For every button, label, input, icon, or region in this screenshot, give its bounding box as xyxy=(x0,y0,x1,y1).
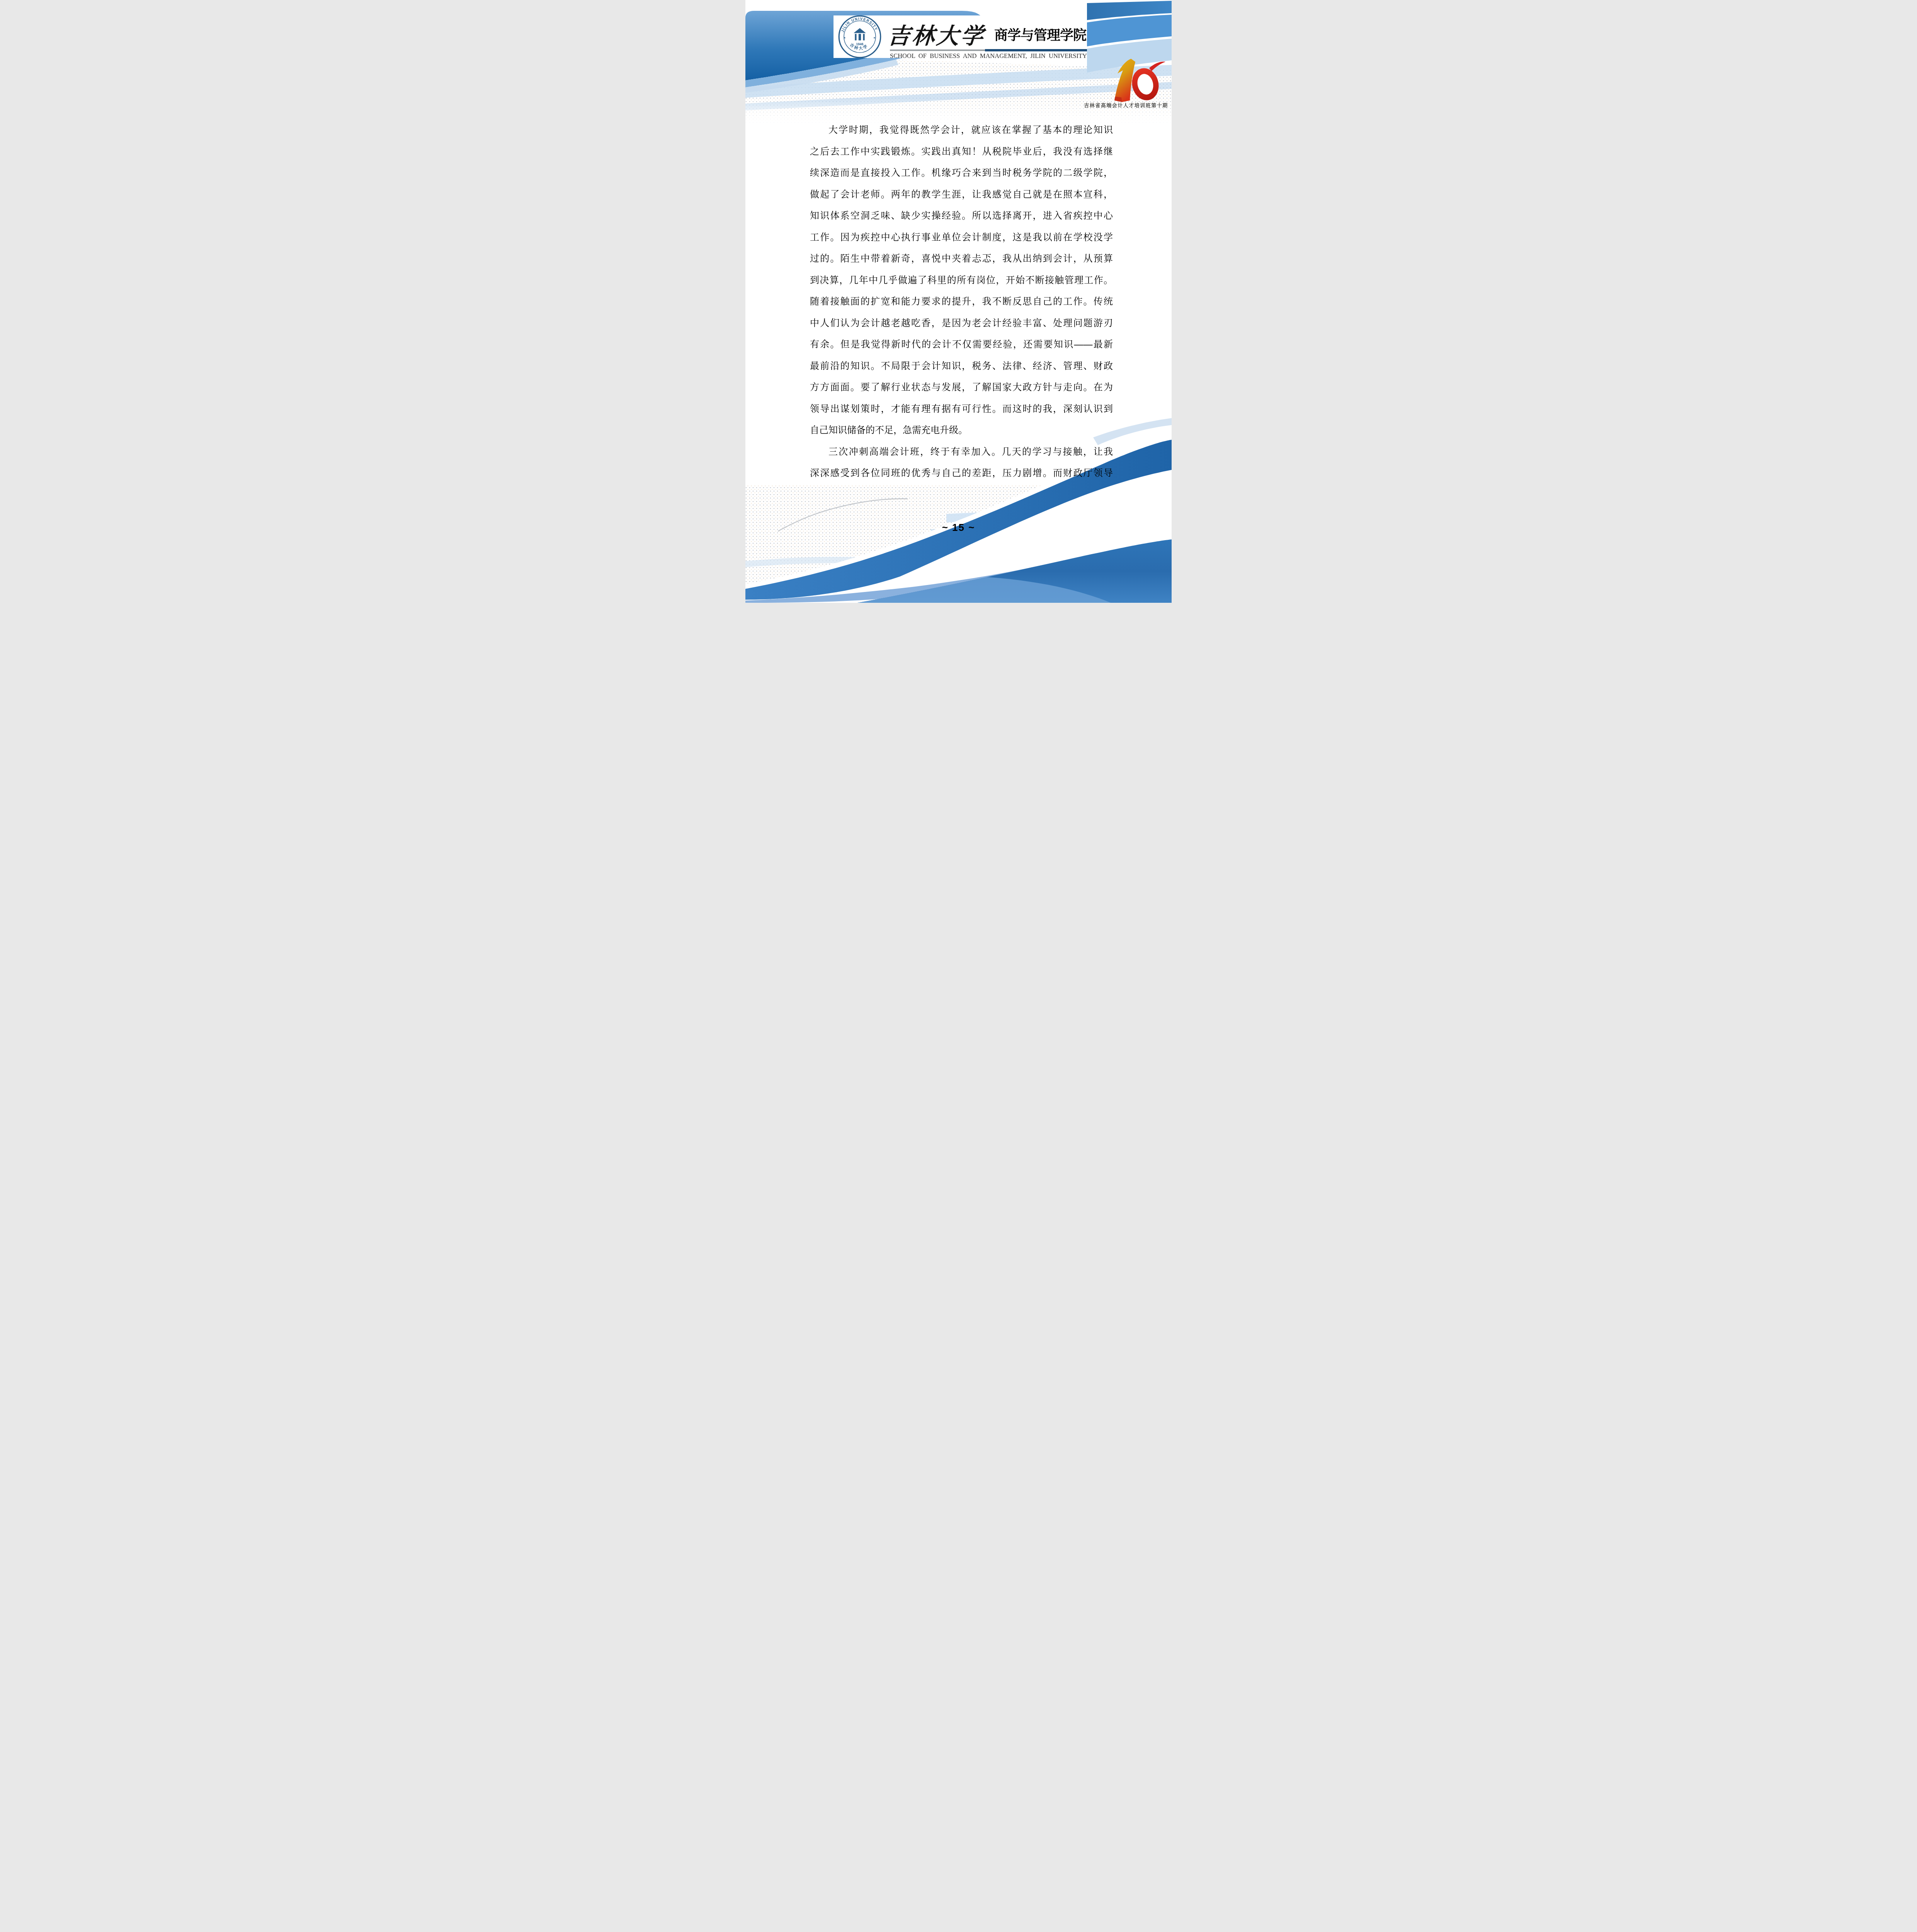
school-name-zh: 商学与管理学院 xyxy=(994,22,1087,49)
university-seal-icon: JILIN UNIVERSITY 吉林大学 1946 ★ ★ xyxy=(837,14,882,59)
badge-10-icon xyxy=(1095,57,1169,107)
body-line: 续深造而是直接投入工作。机缘巧合来到当时税务学院的二级学院， xyxy=(810,162,1113,184)
seal-star-left: ★ xyxy=(844,36,846,39)
body-line: 中人们认为会计越老越吃香，是因为老会计经验丰富、处理问题游刃 xyxy=(810,313,1113,334)
body-line: 到决算，几年中几乎做遍了科里的所有岗位，开始不断接触管理工作。 xyxy=(810,270,1113,291)
body-line: 知识体系空洞乏味、缺少实操经验。所以选择离开，进入省疾控中心 xyxy=(810,205,1113,227)
university-logo-box: JILIN UNIVERSITY 吉林大学 1946 ★ ★ 吉林大学 商学与管… xyxy=(833,15,1087,58)
logo-divider-gray xyxy=(890,49,985,51)
footer-light-band xyxy=(745,563,1070,603)
body-line: 自己知识储备的不足，急需充电升级。 xyxy=(810,420,1113,441)
body-line: 随着接触面的扩宽和能力要求的提升，我不断反思自己的工作。传统 xyxy=(810,291,1113,313)
body-line: 有余。但是我觉得新时代的会计不仅需要经验，还需要知识——最新 xyxy=(810,334,1113,355)
logo-divider-blue xyxy=(985,49,1087,51)
body-line: 方方面面。要了解行业状态与发展，了解国家大政方针与走向。在为 xyxy=(810,377,1113,398)
header-left-swoosh-band-2 xyxy=(745,60,898,93)
body-line: 领导出谋划策时，才能有理有据有可行性。而这时的我，深刻认识到 xyxy=(810,398,1113,420)
anniversary-badge: 10 xyxy=(1095,57,1169,107)
body-line: 过的。陌生中带着新奇，喜悦中夹着忐忑，我从出纳到会计，从预算 xyxy=(810,248,1113,270)
body-line: 工作。因为疾控中心执行事业单位会计制度，这是我以前在学校没学 xyxy=(810,227,1113,248)
footer-blue-mass xyxy=(857,539,1172,603)
header-right-band-medium xyxy=(1087,15,1172,46)
footer-pale-stripe-3 xyxy=(745,557,892,567)
body-line: 三次冲刺高端会计班，终于有幸加入。几天的学习与接触，让我 xyxy=(810,441,1113,463)
footer-white-base xyxy=(745,470,1172,603)
footer-dot-texture xyxy=(745,485,1172,603)
document-page: JILIN UNIVERSITY 吉林大学 1946 ★ ★ 吉林大学 商学与管… xyxy=(745,0,1172,603)
badge-caption: 吉林省高端会计人才培训班第十期 xyxy=(1082,101,1170,109)
body-line: 深深感受到各位同班的优秀与自己的差距，压力剧增。而财政厅领导 xyxy=(810,463,1113,484)
body-line: 最前沿的知识。不局限于会计知识，税务、法律、经济、管理、财政 xyxy=(810,355,1113,377)
badge-digit-zero xyxy=(1129,65,1162,103)
body-line: 大学时期，我觉得既然学会计，就应该在掌握了基本的理论知识 xyxy=(810,119,1113,141)
body-line: 之后去工作中实践锻炼。实践出真知！从税院毕业后，我没有选择继 xyxy=(810,141,1113,163)
footer-mass-highlight xyxy=(745,576,1163,603)
badge-swoosh xyxy=(1149,62,1165,71)
page-number: ~ 15 ~ xyxy=(745,522,1172,534)
school-name-en: SCHOOL OF BUSINESS AND MANAGEMENT, JILIN… xyxy=(890,53,1087,59)
header-right-band-dark xyxy=(1087,1,1172,20)
university-seal: JILIN UNIVERSITY 吉林大学 1946 ★ ★ xyxy=(837,14,882,59)
body-line: 做起了会计老师。两年的教学生涯，让我感觉自己就是在照本宣科， xyxy=(810,184,1113,206)
seal-year: 1946 xyxy=(856,42,864,46)
university-name-calligraphy: 吉林大学 xyxy=(886,19,994,54)
essay-text: 大学时期，我觉得既然学会计，就应该在掌握了基本的理论知识 之后去工作中实践锻炼。… xyxy=(810,119,1113,484)
seal-star-right: ★ xyxy=(873,36,876,39)
